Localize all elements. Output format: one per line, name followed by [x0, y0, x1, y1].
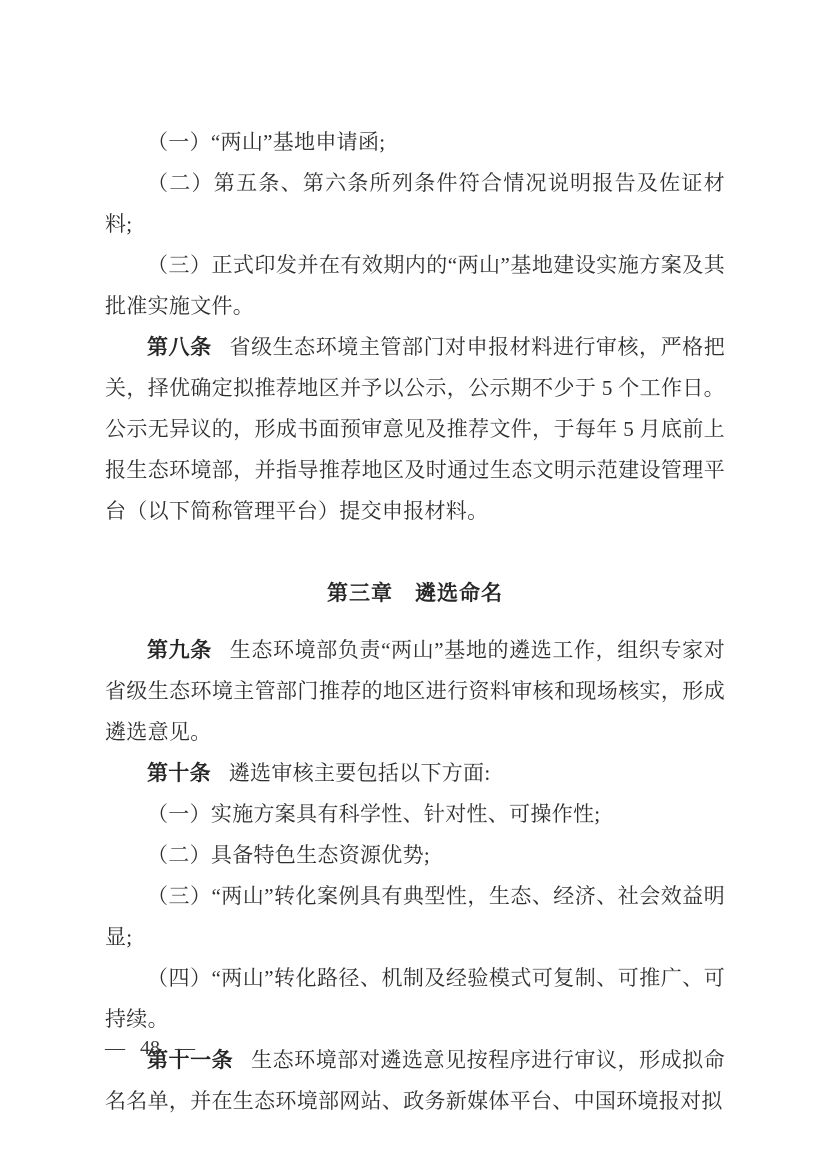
document-body: （一）“两山”基地申请函; （二）第五条、第六条所列条件符合情况说明报告及佐证材… — [105, 122, 725, 1122]
list-item-3: （三）正式印发并在有效期内的“两山”基地建设实施方案及其批准实施文件。 — [105, 245, 725, 327]
criterion-item-2: （二）具备特色生态资源优势; — [105, 835, 725, 876]
article-8-text: 省级生态环境主管部门对申报材料进行审核，严格把关，择优确定拟推荐地区并予以公示，… — [105, 335, 725, 523]
article-9-label: 第九条 — [147, 639, 212, 662]
criterion-item-1: （一）实施方案具有科学性、针对性、可操作性; — [105, 794, 725, 835]
list-item-2: （二）第五条、第六条所列条件符合情况说明报告及佐证材料; — [105, 163, 725, 245]
document-page: { "document": { "paragraphs": [ { "text"… — [0, 0, 826, 1169]
article-10-label: 第十条 — [147, 762, 211, 785]
criterion-item-3: （三）“两山”转化案例具有典型性，生态、经济、社会效益明显; — [105, 876, 725, 958]
article-11-paragraph: 第十一条生态环境部对遴选意见按程序进行审议，形成拟命名名单，并在生态环境部网站、… — [105, 1040, 725, 1122]
article-10-text: 遴选审核主要包括以下方面: — [229, 761, 491, 785]
article-8-label: 第八条 — [147, 336, 212, 359]
chapter-heading: 第三章 遴选命名 — [105, 573, 725, 614]
article-9-paragraph: 第九条生态环境部负责“两山”基地的遴选工作，组织专家对省级生态环境主管部门推荐的… — [105, 630, 725, 753]
article-10-paragraph: 第十条遴选审核主要包括以下方面: — [105, 753, 725, 794]
criterion-item-4: （四）“两山”转化路径、机制及经验模式可复制、可推广、可持续。 — [105, 958, 725, 1040]
article-8-paragraph: 第八条省级生态环境主管部门对申报材料进行审核，严格把关，择优确定拟推荐地区并予以… — [105, 327, 725, 532]
page-number: — 48 — — [105, 1034, 195, 1062]
list-item-1: （一）“两山”基地申请函; — [105, 122, 725, 163]
